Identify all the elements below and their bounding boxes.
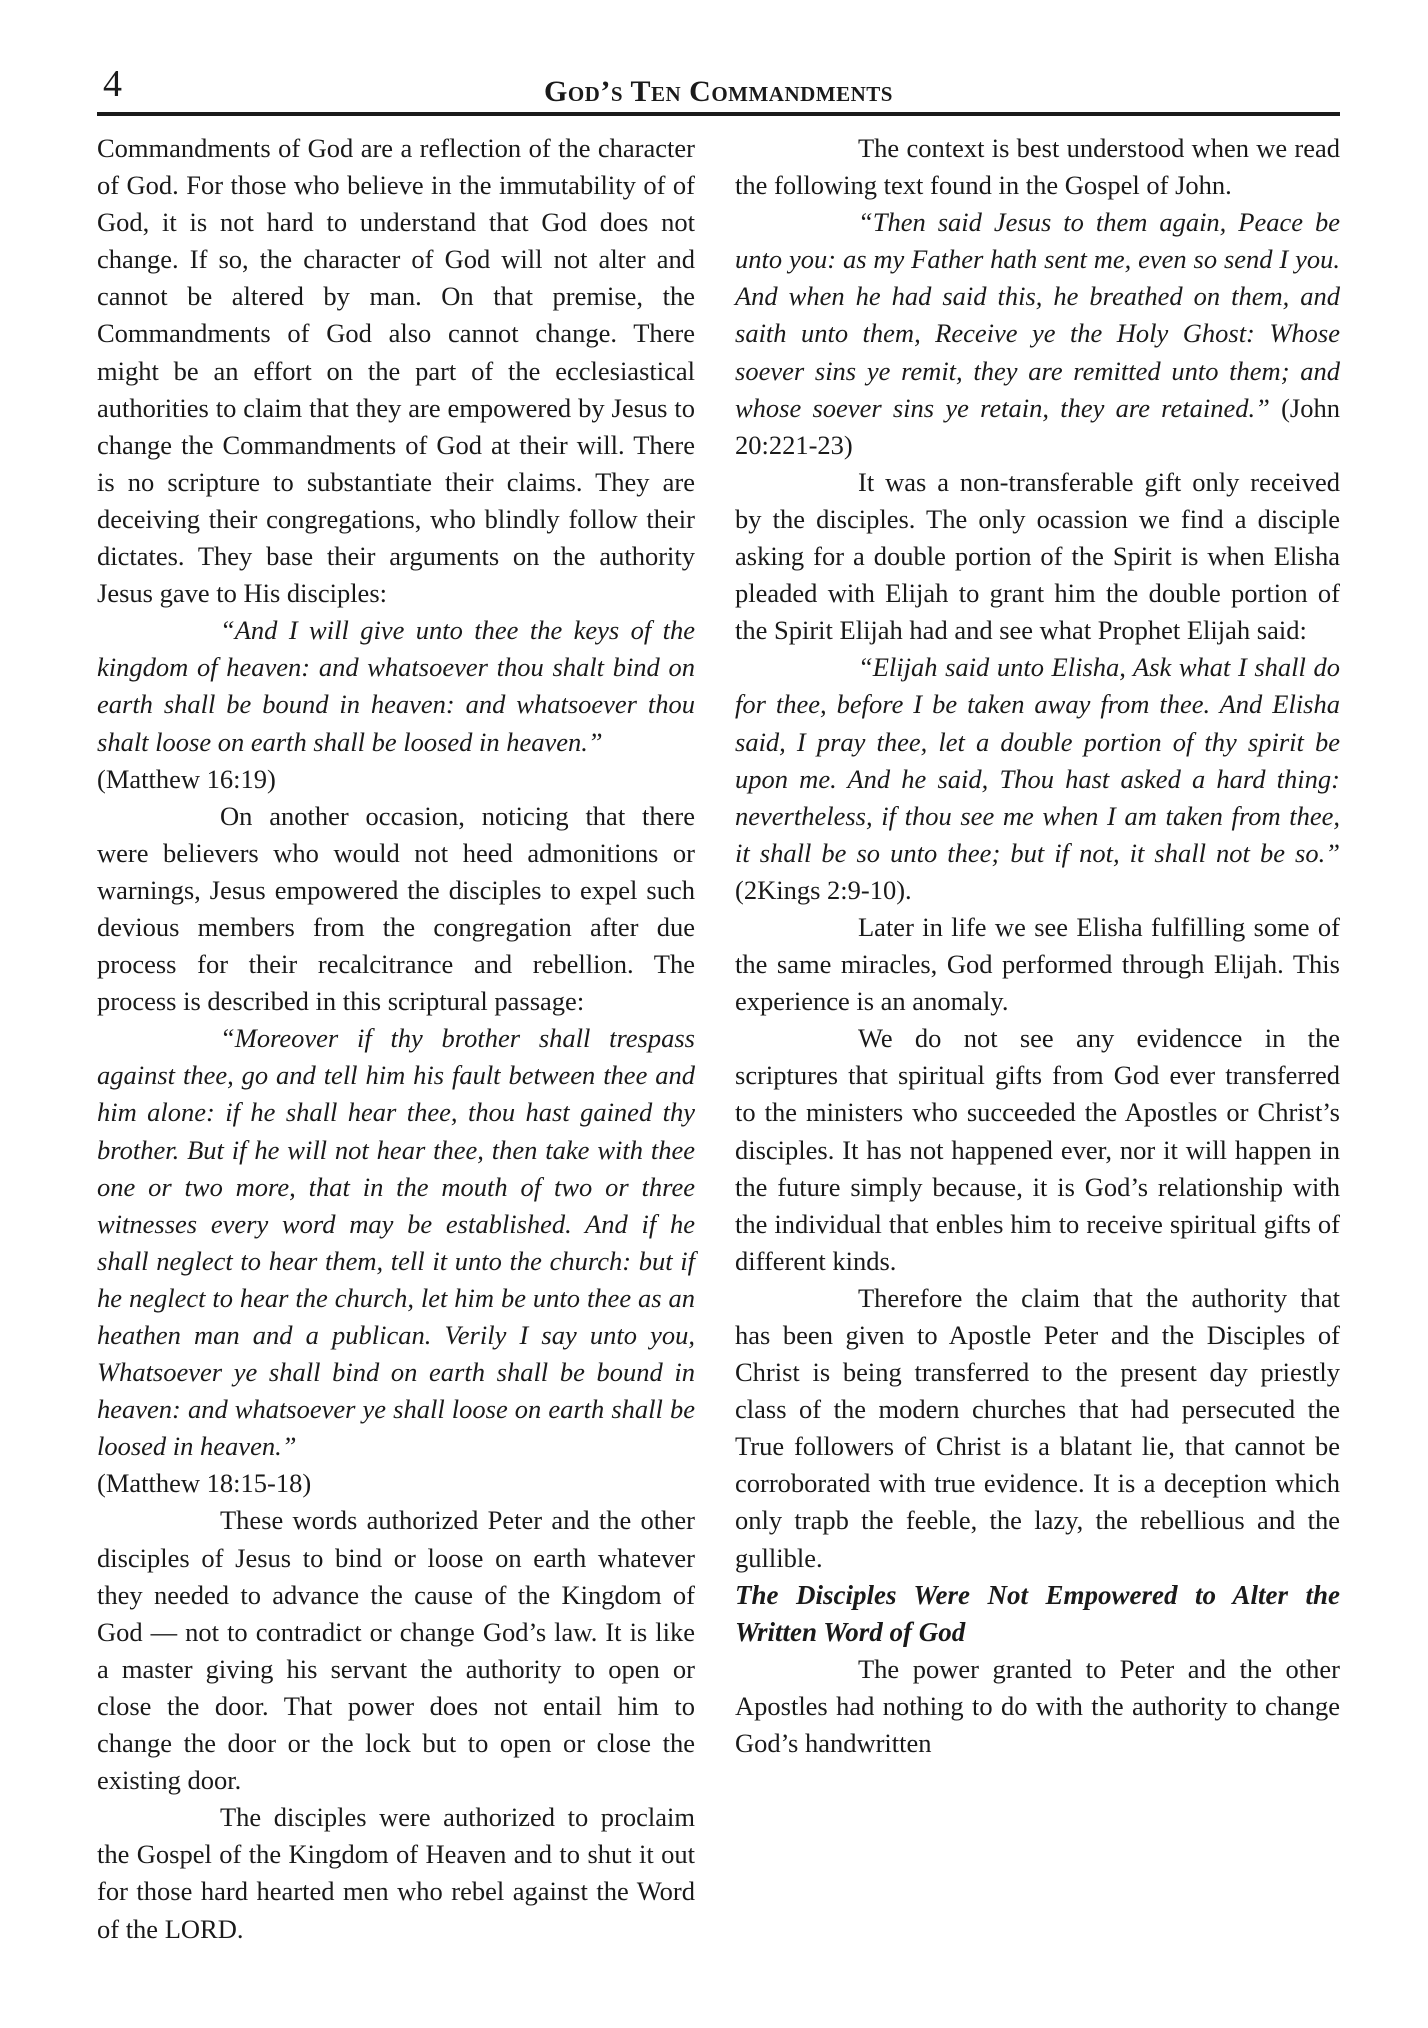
quote-text: “Elijah said unto Elisha, Ask what I sha… bbox=[735, 652, 1340, 867]
paragraph: On another occasion, noticing that there… bbox=[97, 798, 695, 1021]
quote-text: “Then said Jesus to them again, Peace be… bbox=[735, 207, 1340, 422]
paragraph: Therefore the claim that the authority t… bbox=[735, 1280, 1340, 1577]
scripture-quote: “Then said Jesus to them again, Peace be… bbox=[735, 204, 1340, 464]
scripture-reference: (2Kings 2:9-10). bbox=[735, 875, 912, 905]
paragraph: The disciples were authorized to proclai… bbox=[97, 1799, 695, 1947]
right-column: The context is best understood when we r… bbox=[735, 130, 1340, 1762]
scripture-quote: “Moreover if thy brother shall trespass … bbox=[97, 1020, 695, 1502]
section-subheading: The Disciples Were Not Empowered to Alte… bbox=[735, 1577, 1340, 1651]
scripture-quote: “Elijah said unto Elisha, Ask what I sha… bbox=[735, 649, 1340, 909]
quote-text: “And I will give unto thee the keys of t… bbox=[97, 615, 695, 756]
quote-text: “Moreover if thy brother shall trespass … bbox=[97, 1023, 695, 1461]
running-head: God’s Ten Commandments bbox=[97, 74, 1340, 110]
scripture-reference: (Matthew 16:19) bbox=[97, 764, 276, 794]
scripture-quote: “And I will give unto thee the keys of t… bbox=[97, 612, 695, 797]
paragraph: The power granted to Peter and the other… bbox=[735, 1651, 1340, 1762]
paragraph: The context is best understood when we r… bbox=[735, 130, 1340, 204]
paragraph: Commandments of God are a reflection of … bbox=[97, 130, 695, 612]
left-column: Commandments of God are a reflection of … bbox=[97, 130, 695, 1948]
paragraph: These words authorized Peter and the oth… bbox=[97, 1502, 695, 1799]
paragraph: Later in life we see Elisha fulfilling s… bbox=[735, 909, 1340, 1020]
paragraph: We do not see any evidencce in the scrip… bbox=[735, 1020, 1340, 1280]
scripture-reference: (Matthew 18:15-18) bbox=[97, 1468, 311, 1498]
header-rule bbox=[97, 112, 1340, 116]
paragraph: It was a non-transferable gift only rece… bbox=[735, 464, 1340, 649]
